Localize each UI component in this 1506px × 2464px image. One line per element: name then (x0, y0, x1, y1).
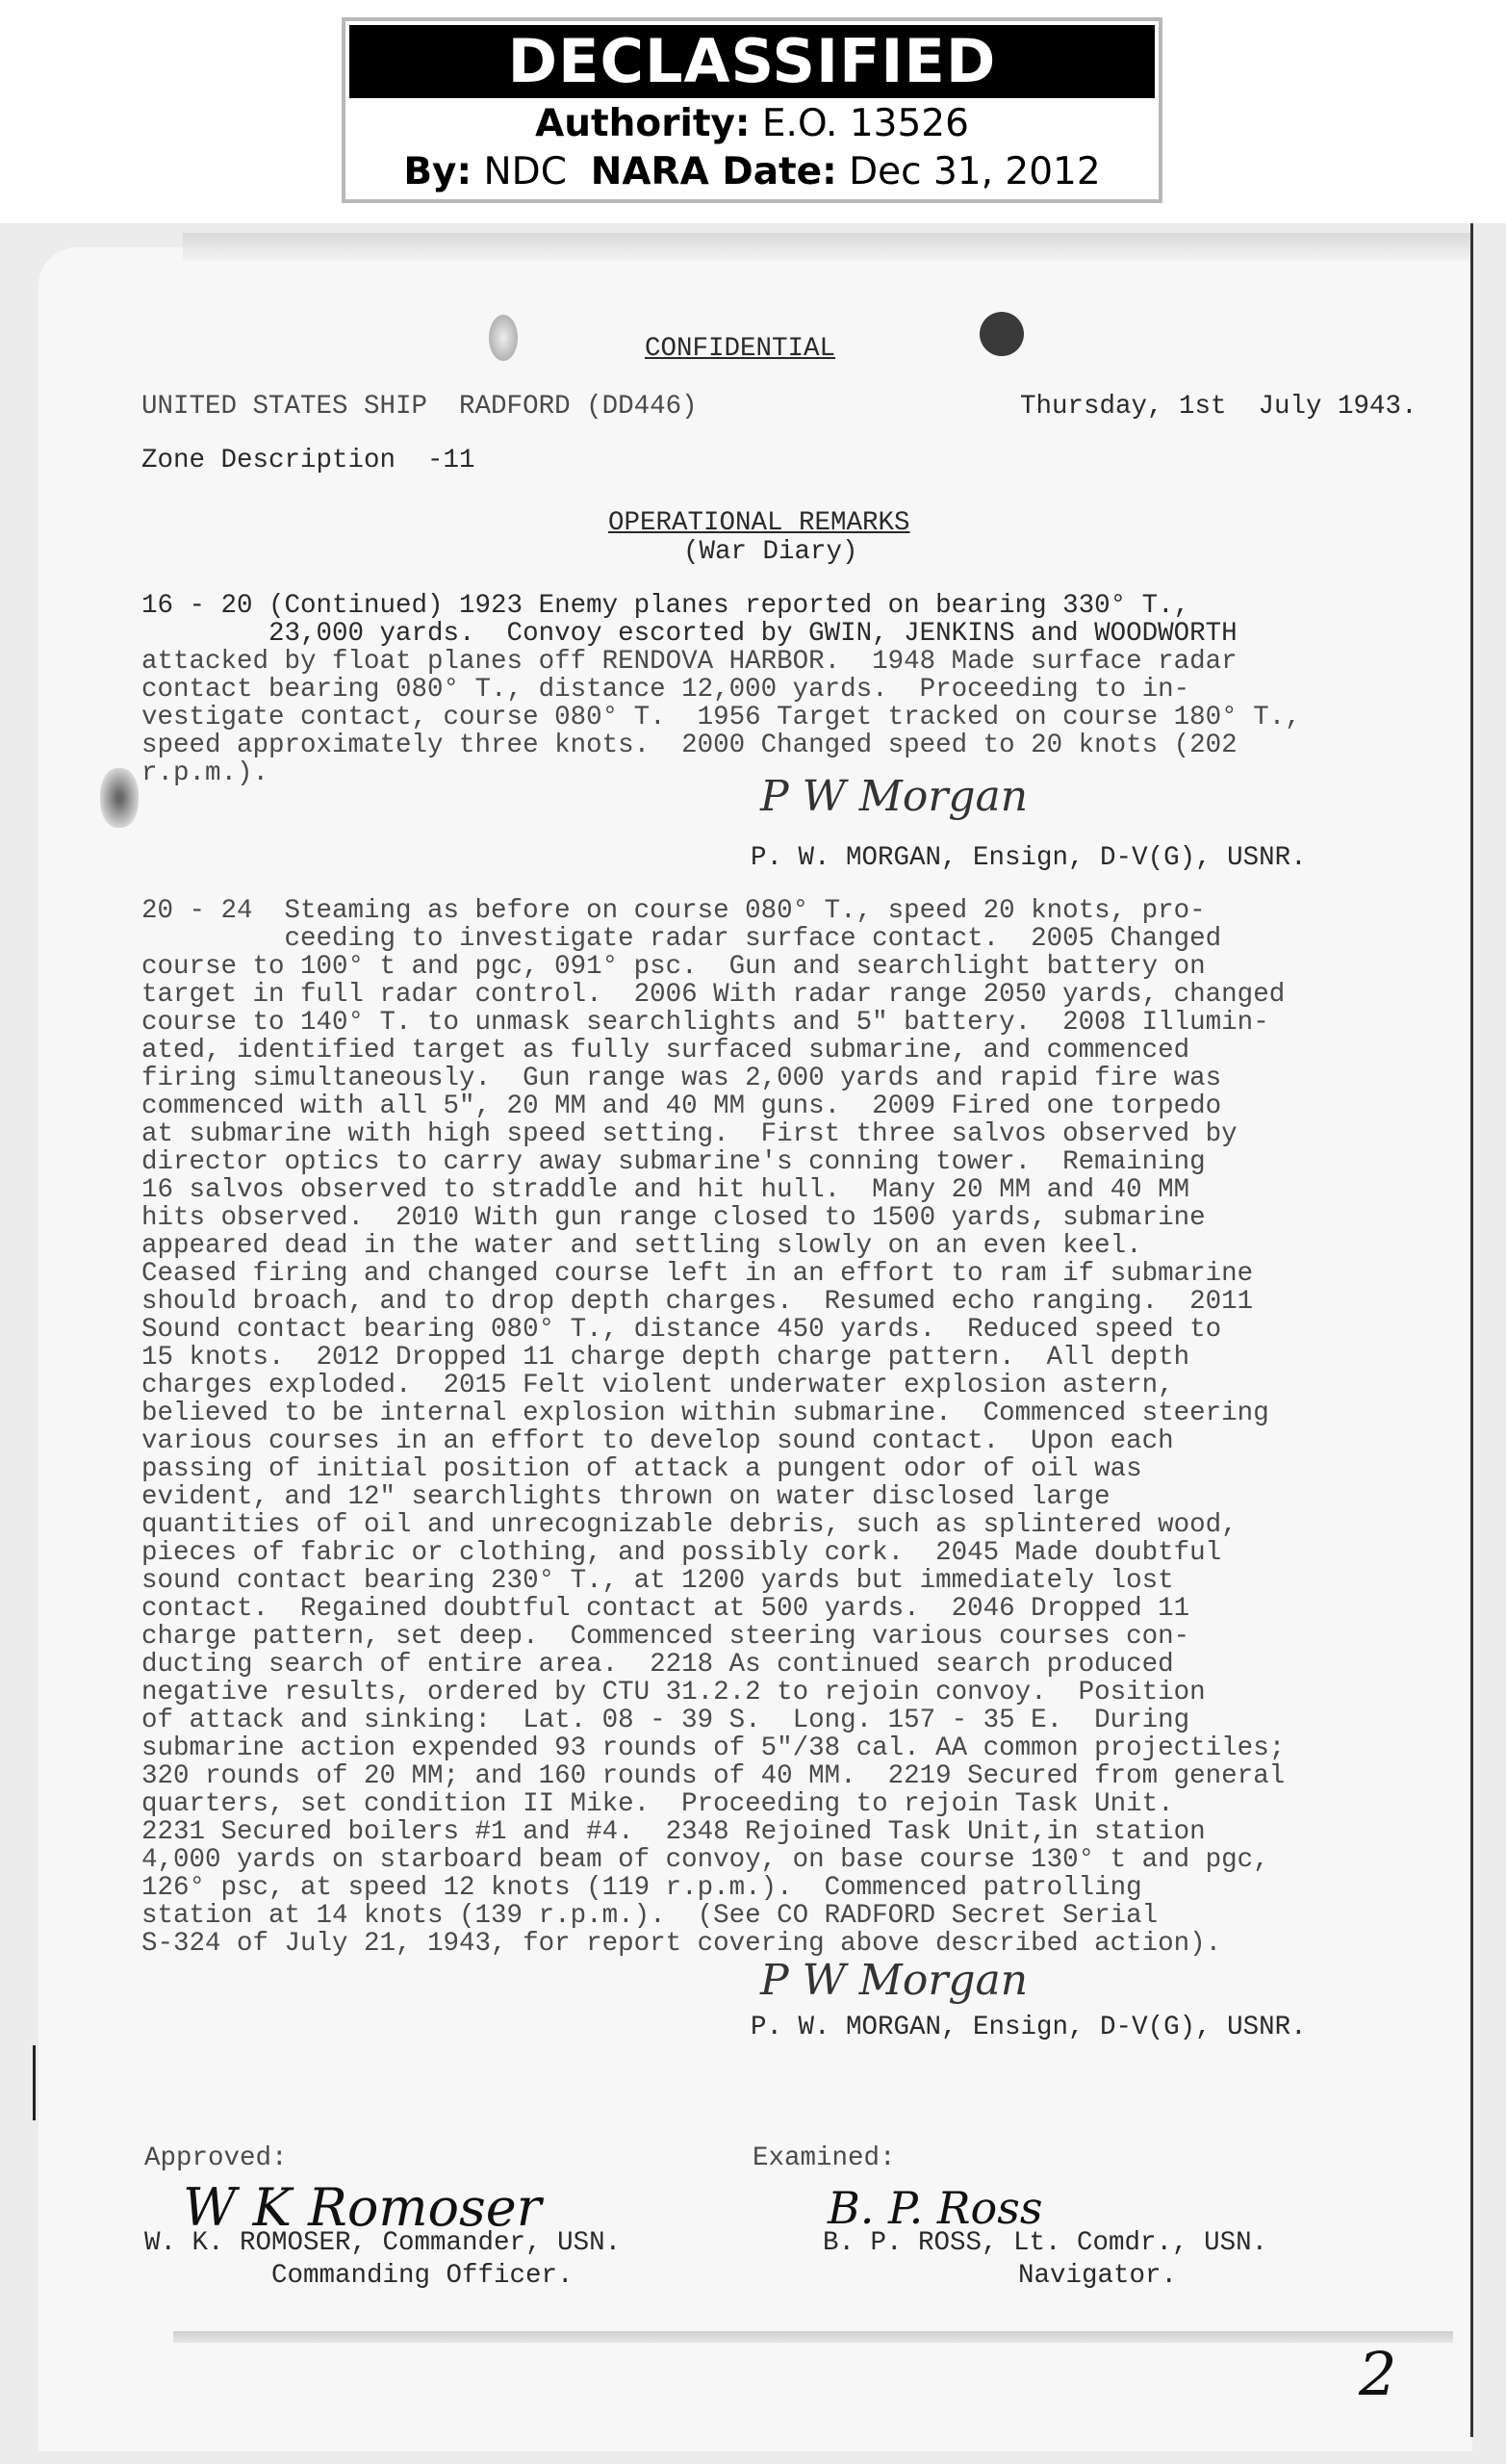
section-subtitle: (War Diary) (683, 538, 858, 566)
entry-line: course to 100° t and pgc, 091° psc. Gun … (141, 953, 1206, 981)
entry-line: appeared dead in the water and settling … (141, 1232, 1142, 1260)
by-value: NDC (483, 150, 566, 193)
morgan-signature: P W Morgan (760, 772, 1028, 821)
authority-label: Authority: (535, 102, 750, 145)
entry-line: Sound contact bearing 080° T., distance … (141, 1316, 1221, 1344)
entry-line: passing of initial position of attack a … (141, 1455, 1142, 1483)
entry-line: 23,000 yards. Convoy escorted by GWIN, J… (141, 620, 1238, 648)
ship-name: UNITED STATES SHIP RADFORD (DD446) (141, 393, 698, 421)
entry-line: Ceased firing and changed course left in… (141, 1260, 1253, 1288)
entry-line: submarine action expended 93 rounds of 5… (141, 1734, 1285, 1762)
entry-line: station at 14 knots (139 r.p.m.). (See C… (141, 1902, 1158, 1930)
entry-line: at submarine with high speed setting. Fi… (141, 1120, 1238, 1148)
entry-line: 15 knots. 2012 Dropped 11 charge depth c… (141, 1344, 1189, 1372)
entry-line: various courses in an effort to develop … (141, 1427, 1174, 1455)
entry-line: quarters, set condition II Mike. Proceed… (141, 1790, 1174, 1818)
entry-line: 16 - 20 (Continued) 1923 Enemy planes re… (141, 592, 1189, 620)
entry-line: 4,000 yards on starboard beam of convoy,… (141, 1846, 1269, 1874)
entry-line: ated, identified target as fully surface… (141, 1037, 1189, 1065)
nara-date-value: Dec 31, 2012 (849, 150, 1101, 193)
scanned-page: CONFIDENTIAL UNITED STATES SHIP RADFORD … (0, 223, 1506, 2464)
section-title: OPERATIONAL REMARKS (608, 509, 910, 537)
classification-heading: CONFIDENTIAL (645, 335, 835, 363)
scan-top-shadow (183, 233, 1472, 260)
margin-mark (33, 2045, 36, 2120)
entry-line: negative results, ordered by CTU 31.2.2 … (141, 1679, 1206, 1707)
scan-bottom-shadow (173, 2331, 1453, 2343)
entry-line: attacked by float planes off RENDOVA HAR… (141, 648, 1238, 676)
entry-line: should broach, and to drop depth charges… (141, 1288, 1253, 1316)
authority-value: E.O. 13526 (762, 102, 969, 145)
declassified-stamp: DECLASSIFIED Authority: E.O. 13526 By: N… (342, 17, 1162, 203)
entry-line: believed to be internal explosion within… (141, 1399, 1269, 1427)
page-number: 2 (1359, 2339, 1396, 2409)
punch-hole-icon (980, 312, 1024, 356)
entry-line: quantities of oil and unrecognizable deb… (141, 1511, 1238, 1539)
entry-line: 16 salvos observed to straddle and hit h… (141, 1176, 1189, 1204)
entry-line: ducting search of entire area. 2218 As c… (141, 1651, 1174, 1679)
entry-line: contact bearing 080° T., distance 12,000… (141, 676, 1189, 704)
entry-line: ceeding to investigate radar surface con… (141, 925, 1221, 953)
entry-line: r.p.m.). (141, 759, 268, 787)
entry-line: S-324 of July 21, 1943, for report cover… (141, 1930, 1221, 1958)
morgan-signature: P W Morgan (760, 1956, 1028, 2005)
zone-description: Zone Description -11 (141, 447, 475, 475)
nara-date-label: NARA Date: (591, 150, 837, 193)
examiner-name: B. P. ROSS, Lt. Comdr., USN. (823, 2229, 1267, 2257)
entry-line: of attack and sinking: Lat. 08 - 39 S. L… (141, 1707, 1189, 1734)
examined-label: Examined: (753, 2144, 896, 2172)
entry-line: 20 - 24 Steaming as before on course 080… (141, 897, 1206, 925)
entry-line: charges exploded. 2015 Felt violent unde… (141, 1372, 1174, 1399)
entry-line: charge pattern, set deep. Commenced stee… (141, 1623, 1189, 1651)
approver-name: W. K. ROMOSER, Commander, USN. (144, 2229, 621, 2257)
entry-line: 126° psc, at speed 12 knots (119 r.p.m.)… (141, 1874, 1142, 1902)
entry-line: hits observed. 2010 With gun range close… (141, 1204, 1206, 1232)
entry-line: target in full radar control. 2006 With … (141, 981, 1285, 1009)
entry-line: commenced with all 5", 20 MM and 40 MM g… (141, 1092, 1221, 1120)
entry-line: speed approximately three knots. 2000 Ch… (141, 731, 1238, 759)
stamp-by-date: By: NDC NARA Date: Dec 31, 2012 (345, 150, 1159, 193)
entry-line: course to 140° T. to unmask searchlights… (141, 1009, 1269, 1037)
entry-line: firing simultaneously. Gun range was 2,0… (141, 1065, 1221, 1092)
by-label: By: (403, 150, 472, 193)
page-right-edge (1470, 223, 1473, 2437)
signature-line: P. W. MORGAN, Ensign, D-V(G), USNR. (751, 2014, 1307, 2041)
punch-hole-icon (489, 315, 518, 361)
entry-line: evident, and 12" searchlights thrown on … (141, 1483, 1110, 1511)
entry-line: contact. Regained doubtful contact at 50… (141, 1595, 1189, 1623)
entry-line: sound contact bearing 230° T., at 1200 y… (141, 1567, 1174, 1595)
stamp-authority: Authority: E.O. 13526 (345, 102, 1159, 145)
ross-signature: B. P. Ross (828, 2182, 1042, 2234)
examiner-title: Navigator. (1018, 2262, 1177, 2290)
entry-line: vestigate contact, course 080° T. 1956 T… (141, 704, 1301, 731)
approved-label: Approved: (144, 2144, 288, 2172)
signature-line: P. W. MORGAN, Ensign, D-V(G), USNR. (751, 844, 1307, 872)
document-date: Thursday, 1st July 1943. (1020, 393, 1417, 421)
stamp-title: DECLASSIFIED (349, 25, 1155, 98)
ink-smudge (100, 768, 139, 828)
entry-line: pieces of fabric or clothing, and possib… (141, 1539, 1221, 1567)
entry-line: 320 rounds of 20 MM; and 160 rounds of 4… (141, 1762, 1285, 1790)
approver-title: Commanding Officer. (271, 2262, 574, 2290)
entry-line: director optics to carry away submarine'… (141, 1148, 1206, 1176)
entry-line: 2231 Secured boilers #1 and #4. 2348 Rej… (141, 1818, 1206, 1846)
